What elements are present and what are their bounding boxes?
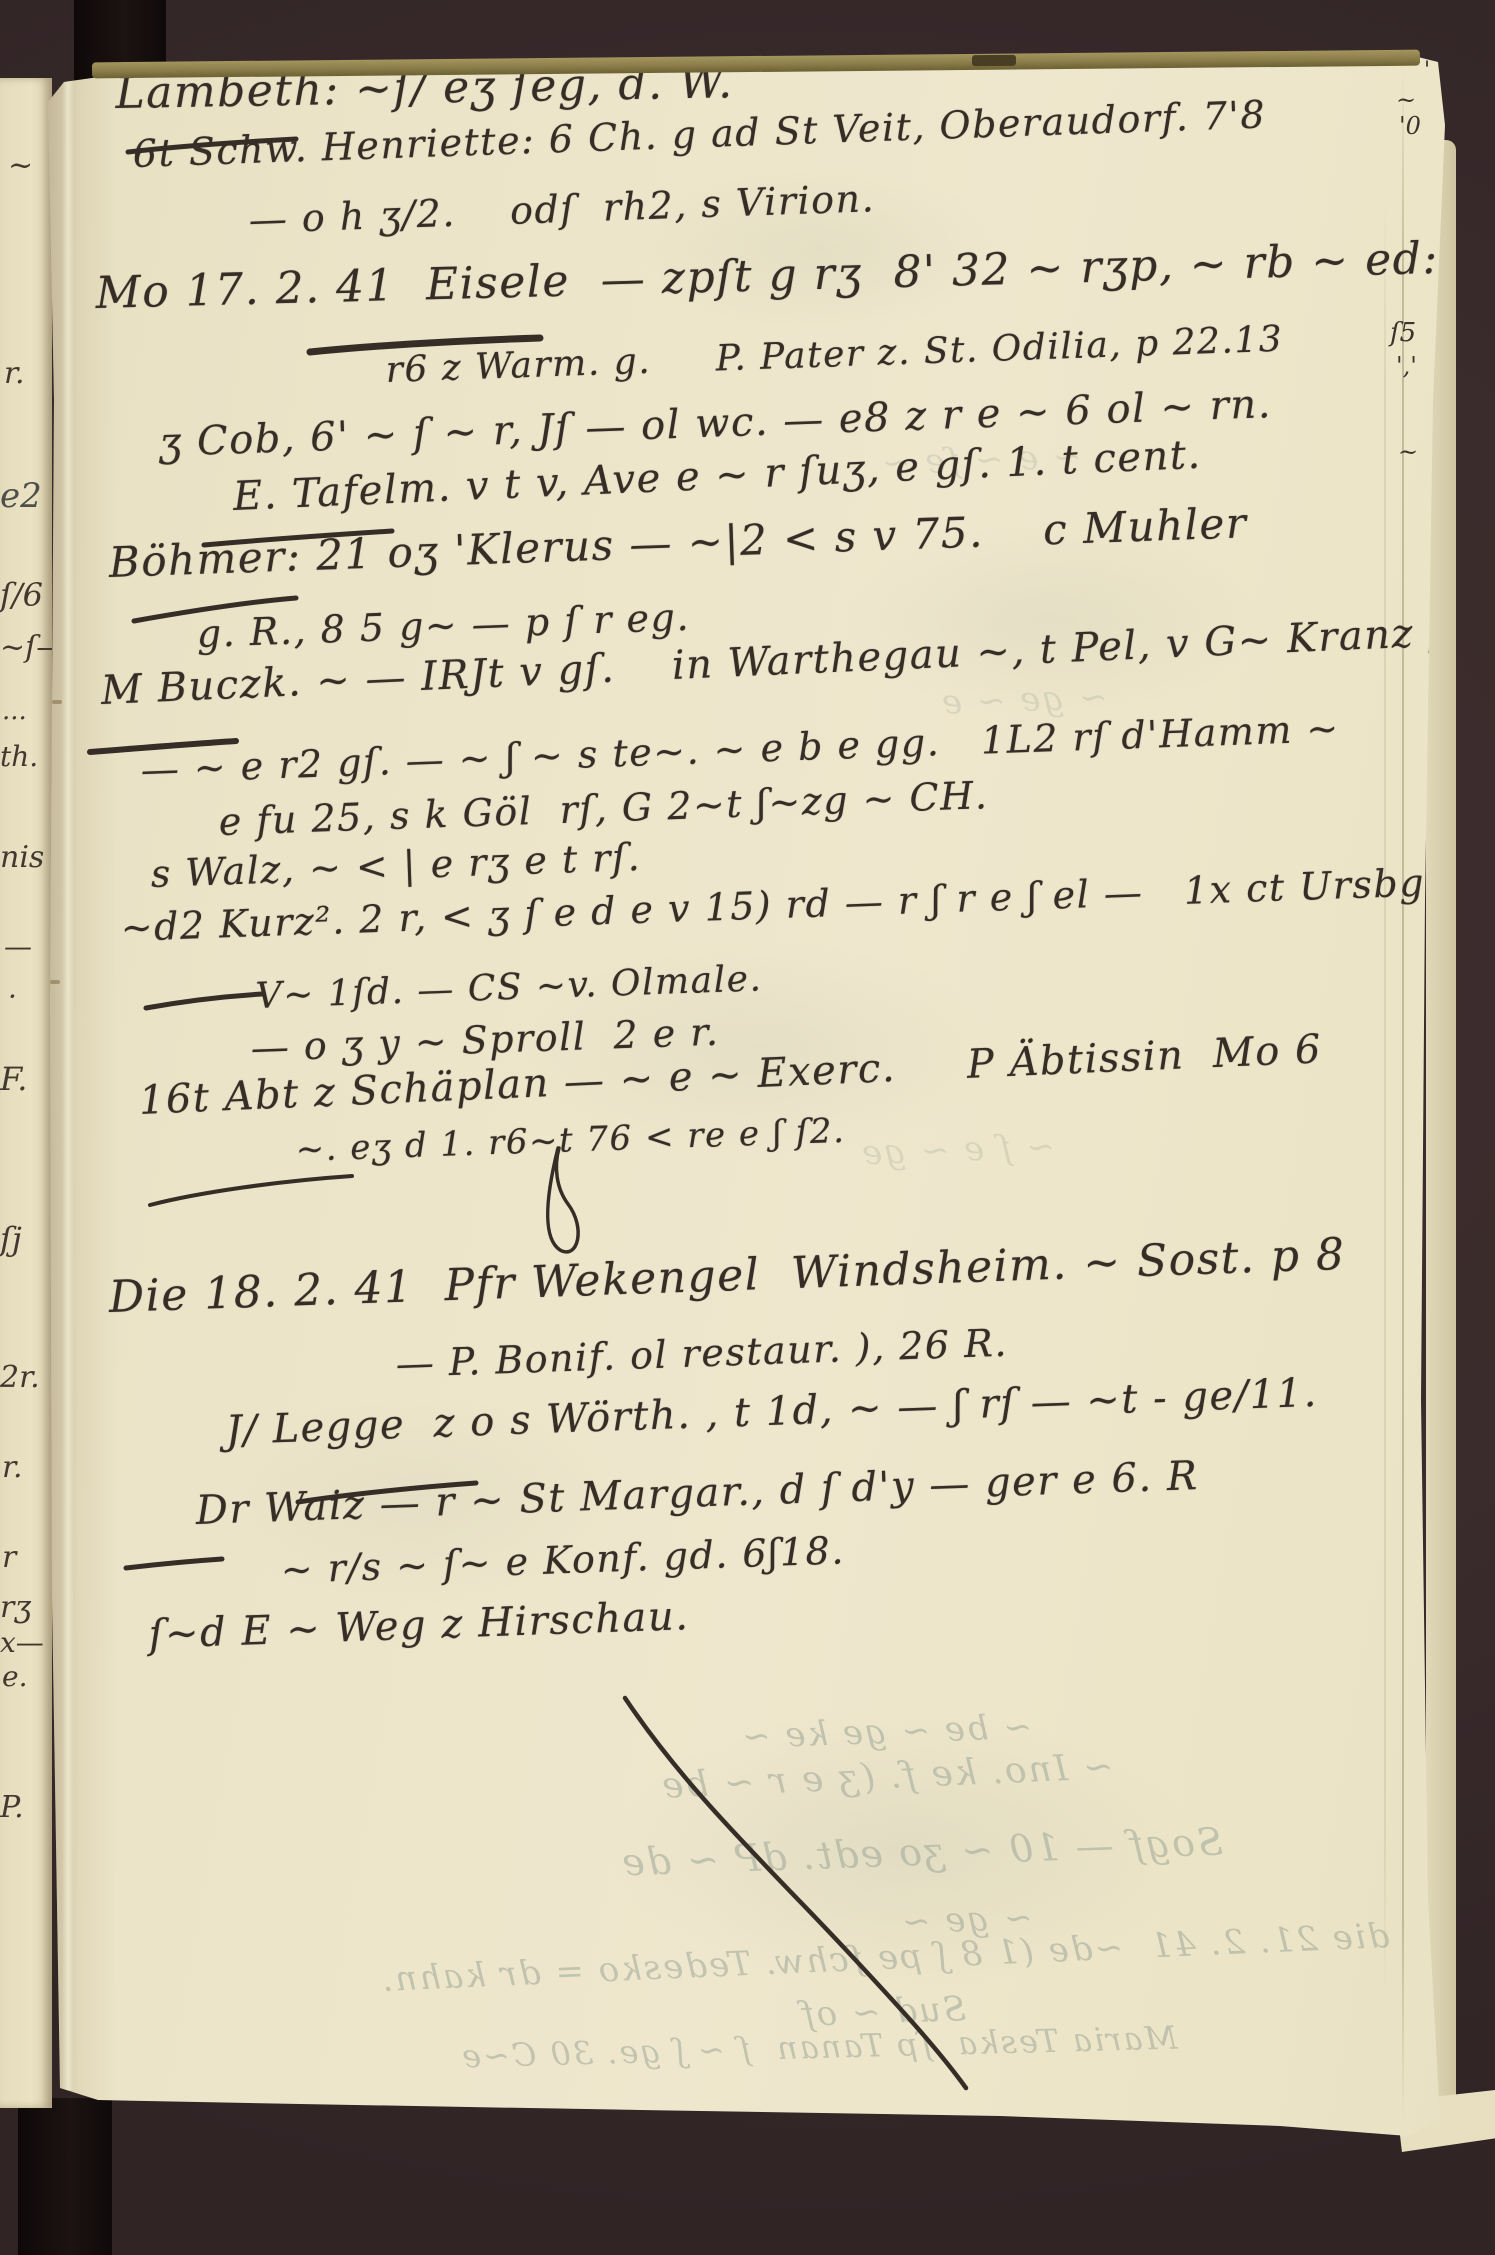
right-edge-crease-2 [1384, 200, 1386, 2000]
edge-ink-mark: ~ [1396, 86, 1416, 114]
bleedthrough-line: ~ Ino. ke f. (ʒ e r ~ be [659, 1746, 1114, 1807]
handwriting-line-entry-17-2-41-eisele: Mo 17. 2. 41 Eisele — zpſt g rʒ 8' 32 ~ … [95, 230, 1495, 319]
edge-ink-mark: '0 [1399, 112, 1421, 140]
margin-fragment: ~ [8, 148, 33, 183]
margin-fragment: · [8, 980, 17, 1013]
margin-fragment: P. [0, 1790, 24, 1825]
scanned-notebook-photo: ~ r. e2 ſ/6 ~ſ— ... th. nis — · F. ſj 2r… [0, 0, 1495, 2255]
dash-stroke [126, 1559, 222, 1568]
margin-fragment: x— [0, 1626, 44, 1659]
handwriting-line-bonif: — P. Bonif. ol restaur. ), 26 R. [395, 1321, 1008, 1386]
handwriting-line-odilia: r6 z Warm. g. P. Pater z. St. Odilia, p … [385, 319, 1284, 391]
notebook-page: ~ e ~ ſe ~ ~ ge ~ e ~ ſ e ~ ge ~ be ~ ge… [0, 0, 1495, 2255]
swash-underline-stroke [150, 1176, 352, 1205]
handwriting-line-hirschau: ſ~d E ~ Weg z Hirschau. [148, 1593, 690, 1658]
margin-fragment: F. [0, 1060, 27, 1098]
handwriting-line-virion: — o h ʒ/2. odſ rh2, s Virion. [248, 176, 876, 242]
margin-fragment: e2 [0, 476, 42, 516]
previous-page-edge: ~ r. e2 ſ/6 ~ſ— ... th. nis — · F. ſj 2r… [0, 78, 52, 2108]
handwriting-line-konf: ~ r/s ~ ſ~ e Konf. gd. 6ʃ18. [280, 1528, 845, 1592]
edge-ink-mark: ~ [1398, 438, 1418, 466]
edge-ink-mark: ' [1424, 58, 1430, 83]
bleedthrough-line: die 21. 2. 41 ~de (1 8 ʃ pe ſchw. Tedesk… [380, 1916, 1391, 2000]
gilt-edge-notch [972, 55, 1016, 66]
handwriting-line-small: ~. eʒ d 1. r6~t 76 < re e ʃ ſ2. [295, 1111, 846, 1170]
bleedthrough-line: Sogf — 10 ~ ʒo edt. dP ~ de [619, 1819, 1223, 1884]
handwriting-line-legge: J/ Legge z o s Wörth. , t 1d, ~ — ʃ rſ —… [225, 1370, 1318, 1454]
spine-shadow-bottom [18, 2098, 112, 2255]
edge-ink-mark: ',' [1396, 352, 1417, 380]
bleedthrough-line: ~ ſ e ~ ge [859, 1127, 1055, 1174]
margin-fragment: th. [0, 740, 38, 773]
gutter-shading [48, 66, 118, 2102]
margin-fragment: nis [0, 840, 44, 875]
margin-fragment: r [2, 1540, 16, 1575]
handwriting-line-waiz-margar: Dr Waiz — r ~ St Margar., d ſ d'y — ger … [195, 1453, 1199, 1534]
left-edge-nick [52, 700, 62, 704]
margin-fragment: ſj [0, 1220, 22, 1258]
margin-fragment: ... [2, 696, 27, 726]
descender-flourish-stroke [548, 1148, 578, 1252]
handwriting-line-entry-18-2-41-wekengel: Die 18. 2. 41 Pfr Wekengel Windsheim. ~ … [108, 1229, 1346, 1323]
bleedthrough-line: ~ be ~ ge ke ~ [739, 1707, 1032, 1757]
margin-fragment: 2r. [0, 1360, 40, 1395]
handwriting-line-olmale: V~ 1ſd. — CS ~v. Olmale. [255, 958, 763, 1017]
handwriting-line-walz: s Walz, ~ < | e rʒ e t rſ. [150, 835, 642, 896]
margin-fragment: rʒ [0, 1590, 31, 1625]
margin-fragment: r. [2, 1450, 23, 1485]
bleedthrough-line: Maria Teska ſp Tanan ſ ~ ʃ ge. 30 C~e [460, 2019, 1178, 2076]
margin-fragment: ſ/6 [0, 576, 43, 614]
underline-stroke [146, 994, 262, 1008]
margin-fragment: r. [4, 356, 25, 391]
margin-fragment: e. [2, 1660, 27, 1693]
edge-ink-mark: ſ5 [1390, 318, 1416, 348]
left-edge-nick [50, 980, 60, 984]
handwriting-line-hamm: — ~ e r2 gſ. — ~ ʃ ~ s te~. ~ e b e gg. … [140, 706, 1340, 792]
gutter-curl-highlight [62, 80, 74, 2090]
margin-fragment: — [4, 930, 32, 963]
